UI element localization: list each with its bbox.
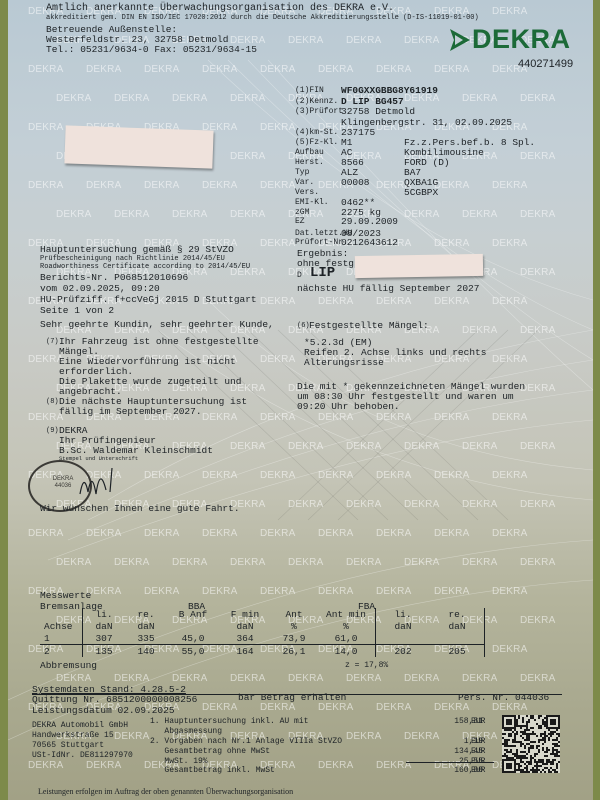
watermark: DEKRA [520, 151, 555, 162]
table-cell: 45,0 [167, 632, 219, 645]
watermark: DEKRA [202, 702, 237, 713]
column-header: daN [83, 620, 126, 632]
watermark: DEKRA [520, 267, 555, 278]
watermark: DEKRA [434, 412, 469, 423]
table-cell [376, 632, 431, 645]
greeting: Sehr geehrte Kundin, sehr geehrter Kunde… [40, 319, 274, 330]
watermark: DEKRA [144, 586, 179, 597]
qr-code-icon[interactable] [502, 715, 560, 773]
column-header: Ant [271, 608, 317, 620]
watermark: DEKRA [172, 93, 207, 104]
table-cell: 364 [219, 632, 271, 645]
watermark: DEKRA [28, 528, 63, 539]
watermark: DEKRA [462, 93, 497, 104]
personnel-number: Pers. Nr. 044036 [458, 692, 549, 703]
watermark: DEKRA [376, 470, 411, 481]
watermark: DEKRA [462, 325, 497, 336]
receipt-number: Quittung Nr. 6851200000008256 [32, 694, 197, 705]
watermark: DEKRA [346, 35, 381, 46]
watermark: DEKRA [260, 412, 295, 423]
watermark: DEKRA [492, 528, 527, 539]
watermark: DEKRA [260, 64, 295, 75]
watermark: DEKRA [434, 528, 469, 539]
company-line: USt-IdNr. DE811297970 [32, 750, 133, 761]
plate-prefix: D [297, 270, 302, 281]
watermark: DEKRA [260, 238, 295, 249]
watermark: DEKRA [230, 441, 265, 452]
watermark: DEKRA [230, 673, 265, 684]
watermark: DEKRA [28, 180, 63, 191]
defect-note-line: 09:20 Uhr behoben. [297, 401, 400, 412]
column-header: daN [376, 620, 431, 632]
watermark: DEKRA [56, 557, 91, 568]
vehicle-field-value: 32758 Detmold [341, 106, 415, 117]
report-subtitle-en: Roadworthiness Certificate according to … [40, 263, 250, 271]
watermark: DEKRA [86, 180, 121, 191]
watermark: DEKRA [492, 470, 527, 481]
watermark: DEKRA [260, 180, 295, 191]
watermark: DEKRA [462, 673, 497, 684]
vehicle-field-value: 29.09.2009 [341, 216, 398, 227]
watermark: DEKRA [520, 325, 555, 336]
watermark: DEKRA [288, 35, 323, 46]
watermark: DEKRA [318, 296, 353, 307]
watermark: DEKRA [492, 702, 527, 713]
column-header [167, 620, 219, 632]
watermark: DEKRA [376, 64, 411, 75]
column-header: F min [219, 608, 271, 620]
watermark: DEKRA [144, 64, 179, 75]
watermark: DEKRA [346, 441, 381, 452]
check-code: HU-Prüfziff. f+ccVeGj 2015 D Stuttgart [40, 294, 257, 305]
watermark: DEKRA [376, 586, 411, 597]
watermark: DEKRA [260, 122, 295, 133]
footer-note: Leistungen erfolgen im Auftrag der oben … [38, 787, 293, 796]
watermark: DEKRA [520, 615, 555, 626]
watermark: DEKRA [346, 557, 381, 568]
watermark: DEKRA [434, 296, 469, 307]
table-row: 213514055,016426,114,0202205 [40, 645, 485, 658]
watermark: DEKRA [462, 441, 497, 452]
vehicle-field-label: EZ [295, 216, 305, 227]
vehicle-field-value: 00008 [341, 177, 370, 188]
watermark: DEKRA [404, 441, 439, 452]
watermark: DEKRA [202, 470, 237, 481]
watermark: DEKRA [28, 64, 63, 75]
watermark: DEKRA [376, 702, 411, 713]
watermark: DEKRA [434, 64, 469, 75]
braking-label: Abbremsung [40, 660, 97, 671]
watermark: DEKRA [28, 760, 63, 771]
stamp-text: DEKRA 44036 [48, 476, 78, 490]
invoice-item-currency: EUR [471, 765, 485, 776]
watermark: DEKRA [346, 731, 381, 742]
column-header: % [317, 620, 376, 632]
watermark: DEKRA [492, 354, 527, 365]
watermark: DEKRA [462, 499, 497, 510]
vehicle-field-label: (1)FIN [295, 85, 324, 96]
watermark: DEKRA [56, 209, 91, 220]
watermark: DEKRA [492, 180, 527, 191]
watermark: DEKRA [404, 731, 439, 742]
table-header-row: AchsedaNdaNdaN%%daNdaN [40, 620, 485, 632]
watermark: DEKRA [230, 209, 265, 220]
watermark: DEKRA [260, 354, 295, 365]
stamp-caption: Stempel und Unterschrift [59, 455, 138, 463]
document-number: 440271499 [518, 58, 573, 70]
column-header: daN [125, 620, 167, 632]
letter-line: fällig im September 2027. [59, 406, 202, 417]
redaction-tape-plate [355, 254, 483, 278]
watermark: DEKRA [404, 557, 439, 568]
paragraph-number: (8) [46, 398, 59, 406]
payment-status: bar Betrag erhalten [238, 692, 346, 703]
watermark: DEKRA [288, 441, 323, 452]
watermark: DEKRA [144, 180, 179, 191]
watermark: DEKRA [56, 93, 91, 104]
watermark: DEKRA [520, 557, 555, 568]
signature [76, 462, 136, 502]
page-indicator: Seite 1 von 2 [40, 305, 114, 316]
watermark: DEKRA [520, 673, 555, 684]
watermark: DEKRA [492, 238, 527, 249]
column-header: li. [83, 608, 126, 620]
watermark: DEKRA [86, 760, 121, 771]
watermark: DEKRA [230, 557, 265, 568]
watermark: DEKRA [144, 528, 179, 539]
column-header: % [271, 620, 317, 632]
watermark: DEKRA [144, 470, 179, 481]
watermark: DEKRA [520, 383, 555, 394]
watermark: DEKRA [492, 644, 527, 655]
watermark: DEKRA [346, 499, 381, 510]
report-title: Hauptuntersuchung gemäß § 29 StVZO [40, 244, 234, 255]
watermark: DEKRA [404, 499, 439, 510]
watermark: DEKRA [230, 151, 265, 162]
table-cell: 26,1 [271, 645, 317, 658]
watermark: DEKRA [56, 673, 91, 684]
watermark: DEKRA [28, 122, 63, 133]
watermark: DEKRA [86, 64, 121, 75]
closing-line: Wir wünschen Ihnen eine gute Fahrt. [40, 503, 240, 514]
table-cell: 202 [376, 645, 431, 658]
braking-value: z = 17,8% [345, 660, 388, 671]
organisation-line: Amtlich anerkannte Überwachungsorganisat… [46, 3, 394, 14]
watermark: DEKRA [318, 64, 353, 75]
watermark: DEKRA [288, 673, 323, 684]
watermark: DEKRA [172, 209, 207, 220]
watermark: DEKRA [288, 499, 323, 510]
watermark: DEKRA [172, 673, 207, 684]
paragraph-number: (7) [46, 338, 59, 346]
watermark: DEKRA [404, 673, 439, 684]
watermark: DEKRA [260, 296, 295, 307]
watermark: DEKRA [202, 412, 237, 423]
column-header: Achse [40, 620, 83, 632]
watermark: DEKRA [462, 209, 497, 220]
hu-certificate-document: DEKRADEKRADEKRADEKRADEKRADEKRADEKRADEKRA… [8, 0, 593, 800]
watermark: DEKRA [434, 470, 469, 481]
table-cell: 135 [83, 645, 126, 658]
watermark: DEKRA [376, 296, 411, 307]
watermark: DEKRA [288, 557, 323, 568]
watermark: DEKRA [86, 528, 121, 539]
watermark: DEKRA [492, 296, 527, 307]
watermark: DEKRA [318, 412, 353, 423]
table-cell: 73,9 [271, 632, 317, 645]
next-hu-due: nächste HU fällig September 2027 [297, 283, 479, 294]
invoice-item-currency: EUR [471, 716, 485, 727]
watermark: DEKRA [520, 499, 555, 510]
brake-measurements-table: li.re.B AnfF minAntAnt minli.re.AchsedaN… [40, 608, 485, 657]
report-number: Berichts-Nr. P068512010696 [40, 272, 188, 283]
column-header: B Anf [167, 608, 219, 620]
service-date: Leistungsdatum 02.09.2025 [32, 705, 175, 716]
watermark: DEKRA [404, 209, 439, 220]
vehicle-field-extra: 5CGBPX [404, 187, 438, 198]
table-cell: 307 [83, 632, 126, 645]
watermark: DEKRA [434, 238, 469, 249]
invoice-item-description: Gesamtbetrag inkl. MwSt [150, 765, 275, 776]
table-cell: 164 [219, 645, 271, 658]
dekra-logo: DEKRA [448, 24, 571, 55]
watermark: DEKRA [318, 586, 353, 597]
table-header-row: li.re.B AnfF minAntAnt minli.re. [40, 608, 485, 620]
defects-label: Festgestellte Mängel: [309, 320, 429, 331]
watermark: DEKRA [260, 528, 295, 539]
watermark: DEKRA [376, 412, 411, 423]
watermark: DEKRA [404, 35, 439, 46]
watermark: DEKRA [172, 557, 207, 568]
table-cell: 335 [125, 632, 167, 645]
watermark: DEKRA [462, 557, 497, 568]
watermark: DEKRA [520, 93, 555, 104]
paragraph-number: (9) [46, 427, 59, 435]
watermark: DEKRA [86, 586, 121, 597]
watermark: DEKRA [492, 586, 527, 597]
dekra-arrow-icon [448, 27, 472, 53]
watermark: DEKRA [202, 64, 237, 75]
watermark: DEKRA [346, 673, 381, 684]
brand-name: DEKRA [472, 24, 571, 55]
watermark: DEKRA [202, 180, 237, 191]
column-header: re. [125, 608, 167, 620]
plate-partial: LIP [310, 266, 335, 280]
watermark: DEKRA [114, 557, 149, 568]
watermark: DEKRA [376, 528, 411, 539]
paragraph-number: (6) [297, 322, 310, 330]
watermark: DEKRA [434, 586, 469, 597]
watermark: DEKRA [492, 6, 527, 17]
watermark: DEKRA [434, 702, 469, 713]
watermark: DEKRA [114, 93, 149, 104]
table-cell: 61,0 [317, 632, 376, 645]
table-cell: 1 [40, 632, 83, 645]
vehicle-field-value: 0212643612 [341, 237, 398, 248]
table-cell [430, 632, 485, 645]
watermark: DEKRA [114, 731, 149, 742]
column-header: Ant min [317, 608, 376, 620]
report-date: vom 02.09.2025, 09:20 [40, 283, 160, 294]
vehicle-field-value: WF0GXXGBBG8Y61919 [341, 85, 438, 96]
table-cell: 55,0 [167, 645, 219, 658]
watermark: DEKRA [260, 702, 295, 713]
watermark: DEKRA [318, 702, 353, 713]
table-cell: 14,0 [317, 645, 376, 658]
accreditation-line: akkreditiert gem. DIN EN ISO/IEC 17020:2… [46, 14, 479, 22]
report-subtitle-de: Prüfbescheinigung nach Richtlinie 2014/4… [40, 255, 225, 263]
watermark: DEKRA [520, 441, 555, 452]
watermark: DEKRA [520, 209, 555, 220]
watermark: DEKRA [492, 412, 527, 423]
table-row: 130733545,036473,961,0 [40, 632, 485, 645]
measurements-title: Messwerte [40, 590, 91, 601]
redaction-tape [64, 125, 213, 168]
table-cell: 140 [125, 645, 167, 658]
column-header: daN [219, 620, 271, 632]
column-header [40, 608, 83, 620]
column-header: re. [430, 608, 485, 620]
vehicle-field-label: Prüfort-Nr. [295, 237, 348, 248]
vehicle-field-label: (3)Prüfort [295, 106, 343, 117]
watermark: DEKRA [202, 528, 237, 539]
watermark: DEKRA [318, 470, 353, 481]
watermark: DEKRA [114, 673, 149, 684]
branch-phone: Tel.: 05231/9634-0 Fax: 05231/9634-15 [46, 44, 257, 55]
watermark: DEKRA [434, 180, 469, 191]
defect-line: Alterungsrisse [304, 357, 384, 368]
watermark: DEKRA [318, 528, 353, 539]
watermark: DEKRA [230, 93, 265, 104]
column-header: daN [430, 620, 485, 632]
table-cell: 205 [430, 645, 485, 658]
table-cell: 2 [40, 645, 83, 658]
watermark: DEKRA [202, 586, 237, 597]
watermark: DEKRA [260, 586, 295, 597]
watermark: DEKRA [318, 760, 353, 771]
column-header: li. [376, 608, 431, 620]
watermark: DEKRA [260, 470, 295, 481]
watermark: DEKRA [114, 209, 149, 220]
